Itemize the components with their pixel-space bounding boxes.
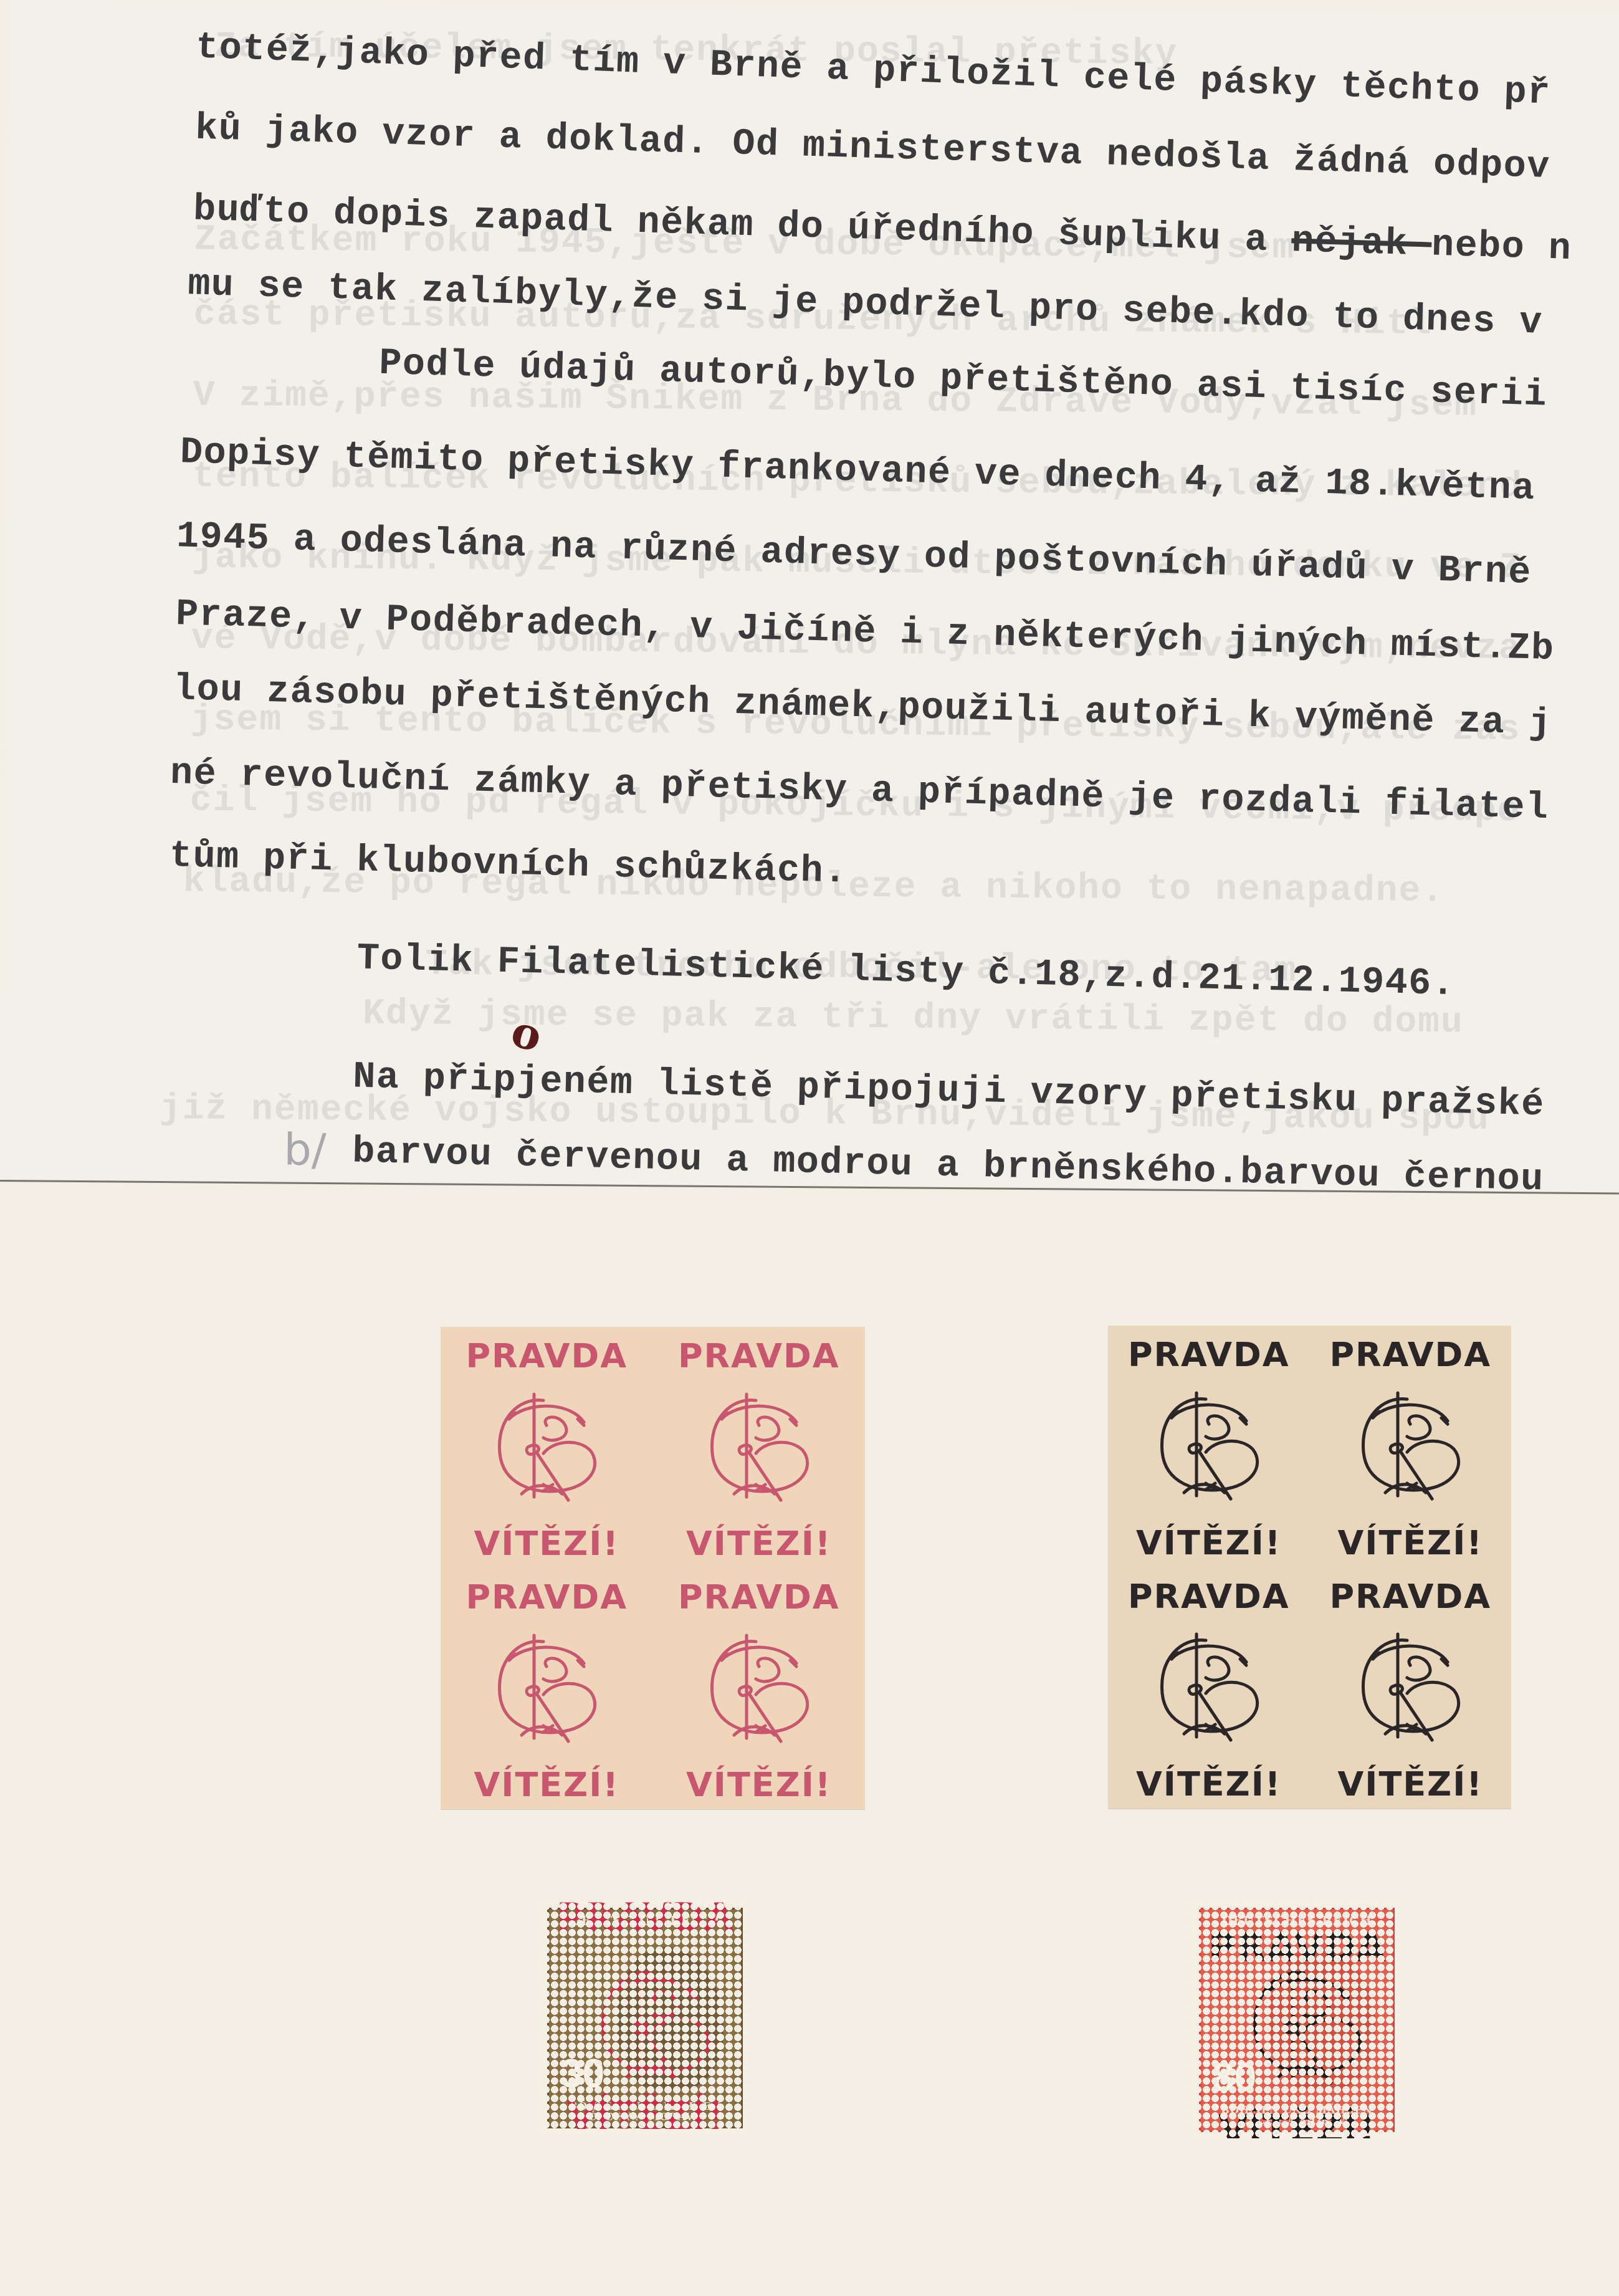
csr-monogram-icon [1348,1390,1473,1508]
csr-monogram-icon [1238,1959,1375,2097]
overprint-cell: PRAVDAVÍTĚZÍ! [653,1327,866,1568]
pencil-mark: b/ [284,1124,327,1176]
csr-monogram-icon [1147,1631,1271,1749]
overprint-cell: PRAVDAVÍTĚZÍ! [441,1327,653,1568]
overprint-cell: PRAVDAVÍTĚZÍ! [1108,1567,1310,1809]
overprint-cell: PRAVDAVÍTĚZÍ! [653,1568,866,1809]
overprint-top: PRAVDA [678,1339,840,1373]
overprint-top: PRAVDA [1128,1580,1290,1614]
csr-monogram-icon [1147,1390,1271,1508]
typed-line: ků jako vzor a doklad. Od ministerstva n… [194,107,1550,189]
stamp-80-overprinted: DEUTSCHES REICH 80 BÖHMEN UND MÄHREN ČEC… [1189,1898,1401,2138]
overprint-bottom: VÍTĚZÍ! [686,1527,831,1561]
overprint-top: PRAVDA [466,1339,628,1373]
overprint-bottom: VÍTĚZÍ! [474,1768,619,1802]
struck-word: nějak [1291,220,1432,266]
overprint-bottom: VÍTĚZÍ! [1338,1767,1483,1801]
typewritten-letter-sheet: Za tím účelem jsem tenkrát poslal přetis… [0,0,1619,1194]
overprint-top: PRAVDA [543,1898,747,1937]
overprint-top: PRAVDA [1329,1580,1491,1614]
overprint-bottom: VÍTĚZÍ! [474,1527,619,1561]
overprint-bottom: VÍTĚZÍ! [543,2097,747,2135]
overprint-bottom: VÍTĚZÍ! [1136,1526,1281,1560]
overprint-top: PRAVDA [678,1581,840,1614]
stamp-30-overprinted: DEUTSCHES REICH 30 BÖHMEN UND MÄHREN ČEC… [537,1898,749,2135]
csr-monogram-icon [697,1632,821,1751]
overprint-cell: PRAVDAVÍTĚZÍ! [441,1568,653,1809]
typed-line-text: nebo n [1431,224,1572,270]
overprint-bottom: VÍTĚZÍ! [1338,1526,1483,1560]
prague-overprint-block: PRAVDAVÍTĚZÍ!PRAVDAVÍTĚZÍ!PRAVDAVÍTĚZÍ!P… [441,1327,865,1809]
overprint-cell: PRAVDAVÍTĚZÍ! [1108,1326,1310,1567]
overprint-bottom: VÍTĚZÍ! [1136,1767,1281,1801]
csr-monogram-icon [1348,1631,1473,1749]
overprint-bottom: VÍTĚZÍ! [686,1768,831,1802]
overprint-cell: PRAVDAVÍTĚZÍ! [1310,1567,1512,1809]
csr-monogram-icon [697,1391,821,1509]
overprint-top: PRAVDA [1128,1338,1290,1372]
brno-overprint-block: PRAVDAVÍTĚZÍ!PRAVDAVÍTĚZÍ!PRAVDAVÍTĚZÍ!P… [1108,1326,1511,1809]
overprint-top: PRAVDA [1329,1338,1491,1372]
overprint-top: PRAVDA [466,1581,628,1614]
csr-monogram-icon [586,1959,724,2097]
overprint-cell: PRAVDAVÍTĚZÍ! [1310,1326,1512,1567]
csr-monogram-icon [484,1632,609,1751]
csr-monogram-icon [484,1391,609,1509]
